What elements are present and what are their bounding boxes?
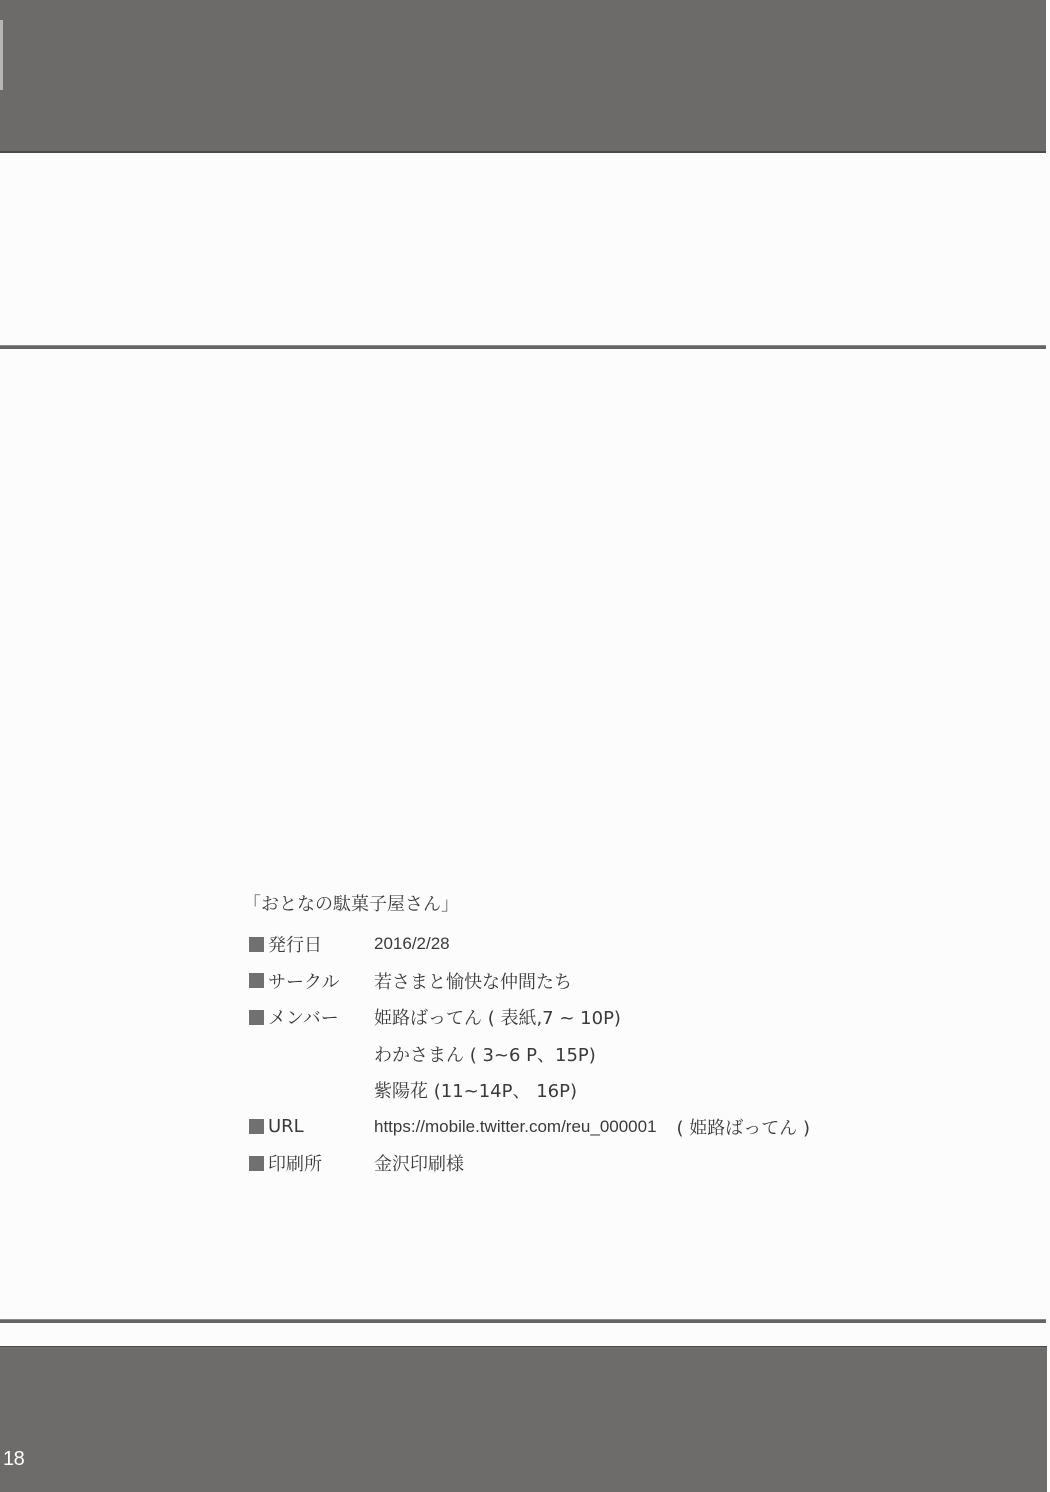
member-entry: 姫路ばってん ( 表紙,7 ~ 10P)	[374, 1004, 621, 1030]
member-entry: わかさまん ( 3~6 P、15P)	[374, 1041, 596, 1067]
colophon-row-member-2: わかさまん ( 3~6 P、15P)	[243, 1036, 810, 1073]
date-value: 2016/2/28	[374, 934, 450, 954]
square-bullet-icon	[249, 1010, 264, 1025]
date-label: 発行日	[268, 931, 374, 957]
colophon-row-url: URL https://mobile.twitter.com/reu_00000…	[243, 1109, 810, 1146]
header-band	[0, 0, 1046, 153]
footer-band	[0, 1346, 1047, 1492]
colophon-row-circle: サークル 若さまと愉快な仲間たち	[243, 963, 810, 1000]
url-link[interactable]: https://mobile.twitter.com/reu_000001	[374, 1117, 657, 1137]
page-number: 18	[3, 1448, 24, 1471]
colophon-row-member-3: 紫陽花 (11~14P、 16P)	[243, 1072, 810, 1109]
square-bullet-icon	[249, 937, 264, 952]
square-bullet-icon	[249, 973, 264, 988]
circle-value: 若さまと愉快な仲間たち	[374, 968, 572, 994]
colophon: 「おとなの駄菓子屋さん」 発行日 2016/2/28 サークル 若さまと愉快な仲…	[243, 890, 810, 1182]
colophon-row-members: メンバー 姫路ばってん ( 表紙,7 ~ 10P)	[243, 999, 810, 1036]
members-label: メンバー	[268, 1004, 374, 1030]
divider-top	[0, 345, 1046, 349]
printer-label: 印刷所	[268, 1150, 374, 1176]
square-bullet-icon	[249, 1119, 264, 1134]
colophon-row-date: 発行日 2016/2/28	[243, 926, 810, 963]
url-label: URL	[268, 1116, 374, 1137]
square-bullet-icon	[249, 1156, 264, 1171]
colophon-row-printer: 印刷所 金沢印刷様	[243, 1145, 810, 1182]
divider-bottom	[0, 1319, 1046, 1323]
url-note: ( 姫路ばってん )	[677, 1114, 811, 1140]
member-entry: 紫陽花 (11~14P、 16P)	[374, 1077, 577, 1103]
circle-label: サークル	[268, 968, 374, 994]
printer-value: 金沢印刷様	[374, 1150, 464, 1176]
book-title: 「おとなの駄菓子屋さん」	[243, 890, 810, 926]
